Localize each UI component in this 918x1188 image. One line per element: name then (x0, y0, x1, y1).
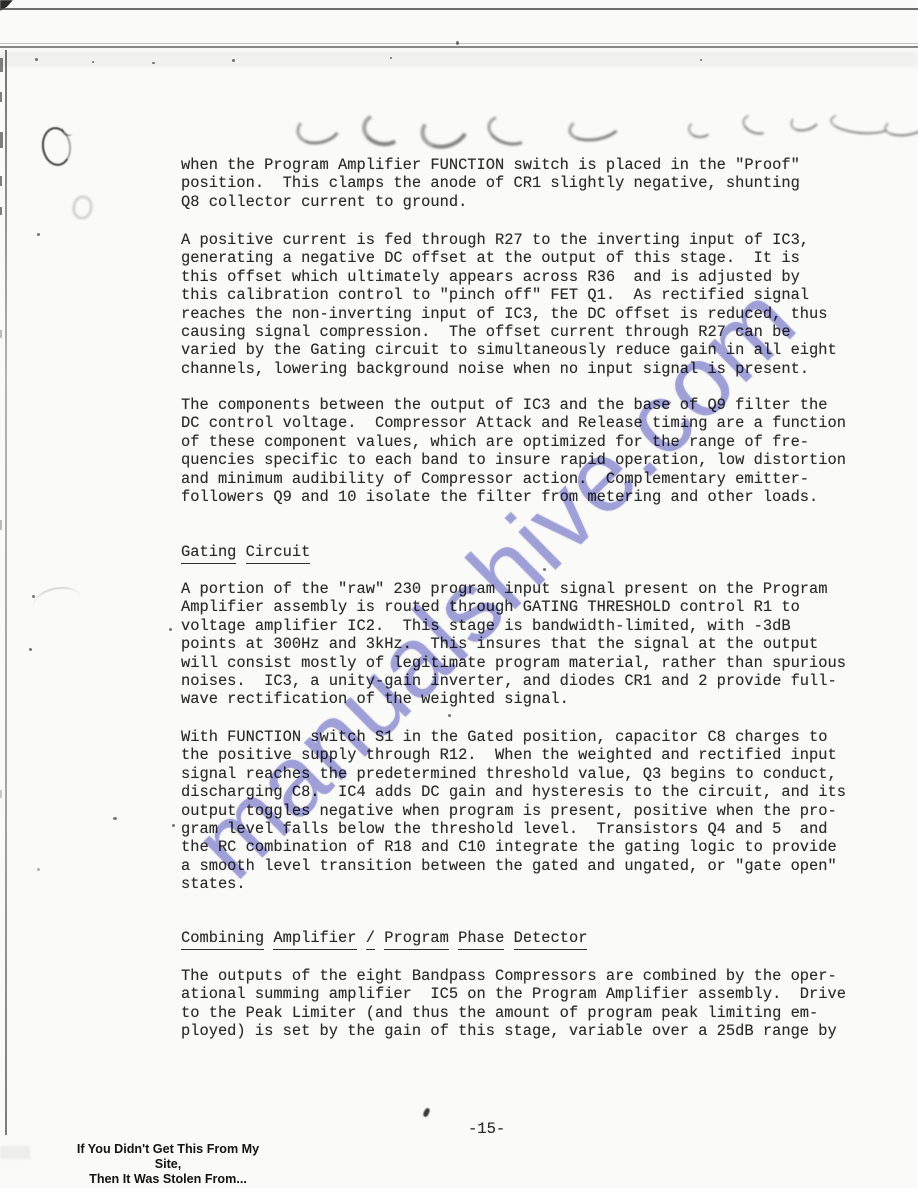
scanned-manual-page: when the Program Amplifier FUNCTION swit… (0, 0, 918, 1188)
dust-speck (113, 817, 117, 820)
text-line: DC control voltage. Compressor Attack an… (181, 414, 846, 432)
scan-edge-dash (0, 132, 3, 148)
scan-left-edge-line (5, 50, 7, 1135)
paragraph: The components between the output of IC3… (181, 396, 846, 506)
text-line: A portion of the "raw" 230 program input… (181, 580, 846, 598)
dust-speck (543, 568, 546, 571)
scan-edge-dash (0, 520, 2, 530)
heading-word: Gating (181, 543, 236, 564)
dust-speck (92, 61, 94, 63)
dust-speck (37, 868, 40, 871)
heading-word: Circuit (246, 543, 311, 564)
scan-shadow-patch (0, 1146, 30, 1159)
text-line: A positive current is fed through R27 to… (181, 231, 837, 249)
footer-notice: If You Didn't Get This From My Site, The… (68, 1142, 268, 1187)
text-line: and minimum audibility of Compressor act… (181, 470, 846, 488)
text-line: causing signal compression. The offset c… (181, 323, 837, 341)
heading-word: Combining (181, 929, 264, 950)
pencil-arc-mark (31, 583, 84, 619)
dust-speck (390, 57, 392, 59)
dust-speck (152, 62, 155, 64)
bleed-through-smudge (740, 111, 773, 138)
heading-word: Program (384, 929, 449, 950)
text-line: wave rectification of the weighted signa… (181, 690, 846, 708)
text-line: Amplifier assembly is routed through GAT… (181, 598, 846, 616)
pen-tick-mark (422, 1107, 430, 1117)
text-line: Q8 collector current to ground. (181, 193, 800, 211)
footer-line-2: Then It Was Stolen From... (68, 1172, 268, 1187)
scan-line-second (0, 46, 918, 48)
heading-word: Phase (458, 929, 504, 950)
paragraph: A positive current is fed through R27 to… (181, 231, 837, 378)
text-line: states. (181, 875, 846, 893)
dust-speck (32, 595, 35, 598)
text-line: followers Q9 and 10 isolate the filter f… (181, 488, 846, 506)
text-line: will consist mostly of legitimate progra… (181, 654, 846, 672)
text-line: ployed) is set by the gain of this stage… (181, 1022, 846, 1040)
scan-gray-band (0, 51, 918, 67)
text-line: quencies specific to each band to insure… (181, 451, 846, 469)
paragraph: when the Program Amplifier FUNCTION swit… (181, 156, 800, 211)
text-line: signal reaches the predetermined thresho… (181, 765, 846, 783)
bleed-through-smudge (293, 107, 346, 150)
text-line: to the Peak Limiter (and thus the amount… (181, 1004, 846, 1022)
scan-line-faint (0, 43, 918, 44)
dust-speck (35, 58, 38, 61)
text-line: output toggles negative when program is … (181, 802, 846, 820)
ink-smudge (71, 195, 94, 221)
dust-speck (172, 824, 175, 827)
scan-edge-dash (0, 790, 2, 798)
text-line: this calibration control to "pinch off" … (181, 286, 837, 304)
text-line: gram level falls below the threshold lev… (181, 820, 846, 838)
text-line: generating a negative DC offset at the o… (181, 249, 837, 267)
scan-edge-dash (0, 176, 2, 186)
text-line: the RC combination of R18 and C10 integr… (181, 838, 846, 856)
heading-word: Amplifier (273, 929, 356, 950)
text-line: varied by the Gating circuit to simultan… (181, 341, 837, 359)
footer-line-1: If You Didn't Get This From My Site, (68, 1142, 268, 1172)
text-line: of these component values, which are opt… (181, 433, 846, 451)
text-line: discharging C8. IC4 adds DC gain and hys… (181, 783, 846, 801)
text-line: noises. IC3, a unity-gain inverter, and … (181, 672, 846, 690)
scan-edge-dash (0, 92, 2, 102)
text-line: a smooth level transition between the ga… (181, 857, 846, 875)
text-line: this offset which ultimately appears acr… (181, 268, 837, 286)
section-heading-gating-circuit: Gating Circuit (181, 543, 310, 561)
paragraph: The outputs of the eight Bandpass Compre… (181, 967, 846, 1041)
text-line: points at 300Hz and 3kHz. This insures t… (181, 635, 846, 653)
dust-speck (169, 628, 172, 631)
bleed-through-smudge (788, 108, 822, 134)
bleed-through-smudge (829, 109, 893, 136)
section-heading-combining-amplifier: Combining Amplifier / Program Phase Dete… (181, 929, 587, 947)
paragraph: A portion of the "raw" 230 program input… (181, 580, 846, 709)
text-line: voltage amplifier IC2. This stage is ban… (181, 617, 846, 635)
page-number: -15- (468, 1120, 505, 1138)
scan-border-line-top (0, 8, 918, 10)
dust-speck (448, 714, 451, 717)
paragraph: With FUNCTION switch S1 in the Gated pos… (181, 728, 846, 894)
bleed-through-smudge (566, 109, 624, 146)
text-line: With FUNCTION switch S1 in the Gated pos… (181, 728, 846, 746)
text-line: The outputs of the eight Bandpass Compre… (181, 967, 846, 985)
bleed-through-smudge (415, 103, 475, 156)
heading-word: / (366, 929, 375, 950)
dust-speck (232, 59, 235, 62)
text-line: reaches the non-inverting input of IC3, … (181, 305, 837, 323)
text-line: The components between the output of IC3… (181, 396, 846, 414)
text-line: when the Program Amplifier FUNCTION swit… (181, 156, 800, 174)
text-line: position. This clamps the anode of CR1 s… (181, 174, 800, 192)
dust-speck (29, 648, 32, 651)
heading-word: Detector (514, 929, 588, 950)
bleed-through-smudge (883, 113, 918, 139)
scan-edge-dash (0, 58, 3, 72)
bleed-through-smudge (484, 110, 534, 150)
scan-edge-dash (0, 207, 2, 215)
dust-speck (456, 41, 459, 45)
text-line: ational summing amplifier IC5 on the Pro… (181, 985, 846, 1003)
scan-edge-dash (0, 330, 2, 338)
dust-speck (37, 233, 40, 236)
text-line: the positive supply through R12. When th… (181, 746, 846, 764)
bleed-through-smudge (688, 120, 712, 138)
bleed-through-smudge (359, 109, 406, 150)
text-line: channels, lowering background noise when… (181, 360, 837, 378)
dust-speck (700, 59, 702, 61)
